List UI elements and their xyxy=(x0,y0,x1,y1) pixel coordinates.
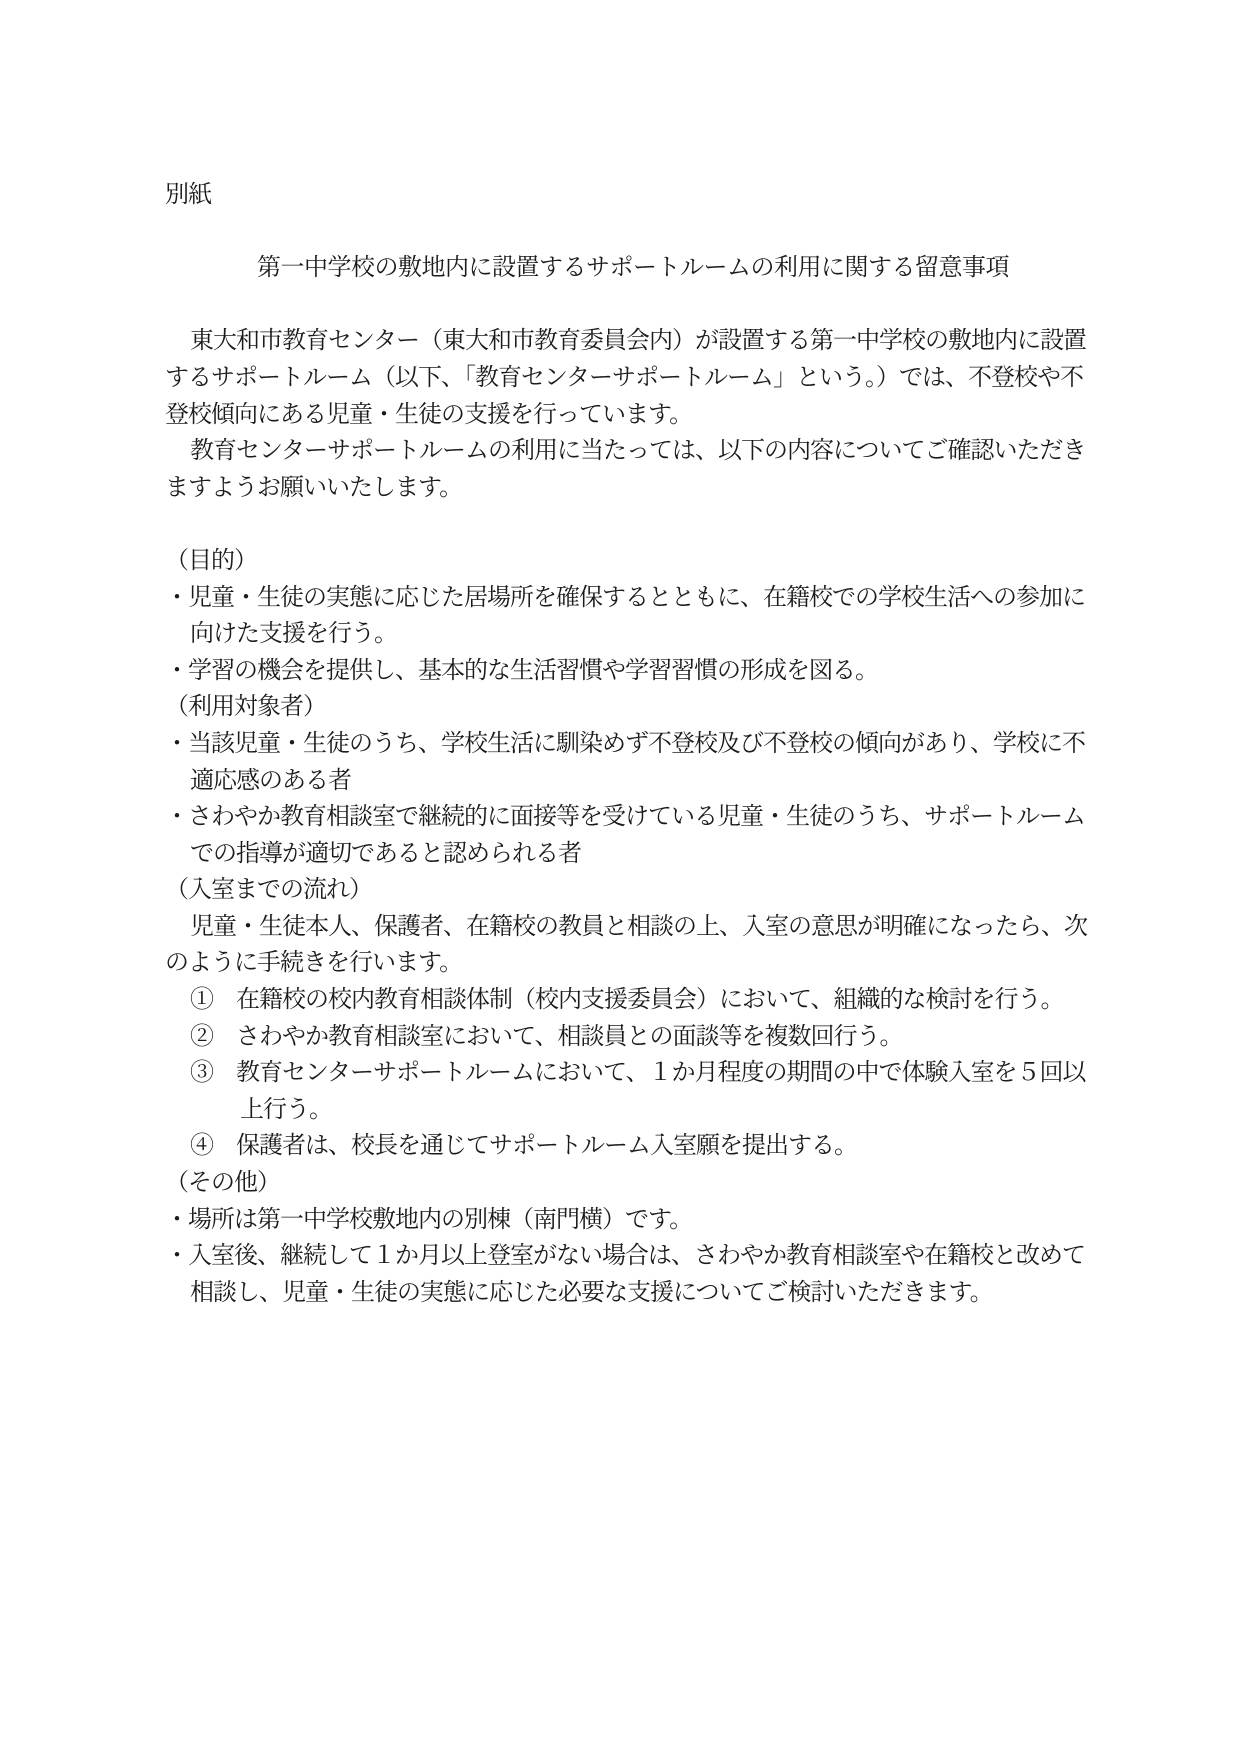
bullet-continuation-line: での指導が適切であると認められる者 xyxy=(165,836,1101,873)
heading-line: （入室までの流れ） xyxy=(165,872,1101,909)
blank-line xyxy=(165,287,1101,324)
bullet-line: ・さわやか教育相談室で継続的に面接等を受けている児童・生徒のうち、サポートルーム xyxy=(165,799,1101,836)
body-line: ますようお願いいたします。 xyxy=(165,470,1101,507)
bullet-line: ・学習の機会を提供し、基本的な生活習慣や学習習慣の形成を図る。 xyxy=(165,653,1101,690)
numbered-line: ② さわやか教育相談室において、相談員との面談等を複数回行う。 xyxy=(165,1019,1101,1056)
title-line: 第一中学校の敷地内に設置するサポートルームの利用に関する留意事項 xyxy=(165,250,1101,287)
document-body: 別紙第一中学校の敷地内に設置するサポートルームの利用に関する留意事項東大和市教育… xyxy=(165,177,1101,1311)
bullet-continuation-line: 相談し、児童・生徒の実態に応じた必要な支援についてご検討いただきます。 xyxy=(165,1275,1101,1312)
numbered-line: ③ 教育センターサポートルームにおいて、１か月程度の期間の中で体験入室を５回以 xyxy=(165,1055,1101,1092)
bullet-line: ・場所は第一中学校敷地内の別棟（南門横）です。 xyxy=(165,1202,1101,1239)
annotation-line: 別紙 xyxy=(165,177,1101,214)
heading-line: （目的） xyxy=(165,543,1101,580)
bullet-continuation-line: 向けた支援を行う。 xyxy=(165,616,1101,653)
numbered-line: ① 在籍校の校内教育相談体制（校内支援委員会）において、組織的な検討を行う。 xyxy=(165,982,1101,1019)
body-line: 教育センターサポートルームの利用に当たっては、以下の内容についてご確認いただき xyxy=(165,433,1101,470)
bullet-line: ・児童・生徒の実態に応じた居場所を確保するとともに、在籍校での学校生活への参加に xyxy=(165,580,1101,617)
document-page: 別紙第一中学校の敷地内に設置するサポートルームの利用に関する留意事項東大和市教育… xyxy=(0,0,1241,1755)
body-line: 東大和市教育センター（東大和市教育委員会内）が設置する第一中学校の敷地内に設置 xyxy=(165,323,1101,360)
body-line: のように手続きを行います。 xyxy=(165,945,1101,982)
numbered-line: ④ 保護者は、校長を通じてサポートルーム入室願を提出する。 xyxy=(165,1128,1101,1165)
body-line: 児童・生徒本人、保護者、在籍校の教員と相談の上、入室の意思が明確になったら、次 xyxy=(165,909,1101,946)
body-line: 登校傾向にある児童・生徒の支援を行っています。 xyxy=(165,397,1101,434)
bullet-line: ・当該児童・生徒のうち、学校生活に馴染めず不登校及び不登校の傾向があり、学校に不 xyxy=(165,726,1101,763)
body-line: するサポートルーム（以下、「教育センターサポートルーム」という。）では、不登校や… xyxy=(165,360,1101,397)
blank-line xyxy=(165,506,1101,543)
bullet-continuation-line: 適応感のある者 xyxy=(165,763,1101,800)
blank-line xyxy=(165,214,1101,251)
bullet-line: ・入室後、継続して１か月以上登室がない場合は、さわやか教育相談室や在籍校と改めて xyxy=(165,1238,1101,1275)
heading-line: （利用対象者） xyxy=(165,689,1101,726)
numbered-continuation-line: 上行う。 xyxy=(165,1092,1101,1129)
heading-line: （その他） xyxy=(165,1165,1101,1202)
